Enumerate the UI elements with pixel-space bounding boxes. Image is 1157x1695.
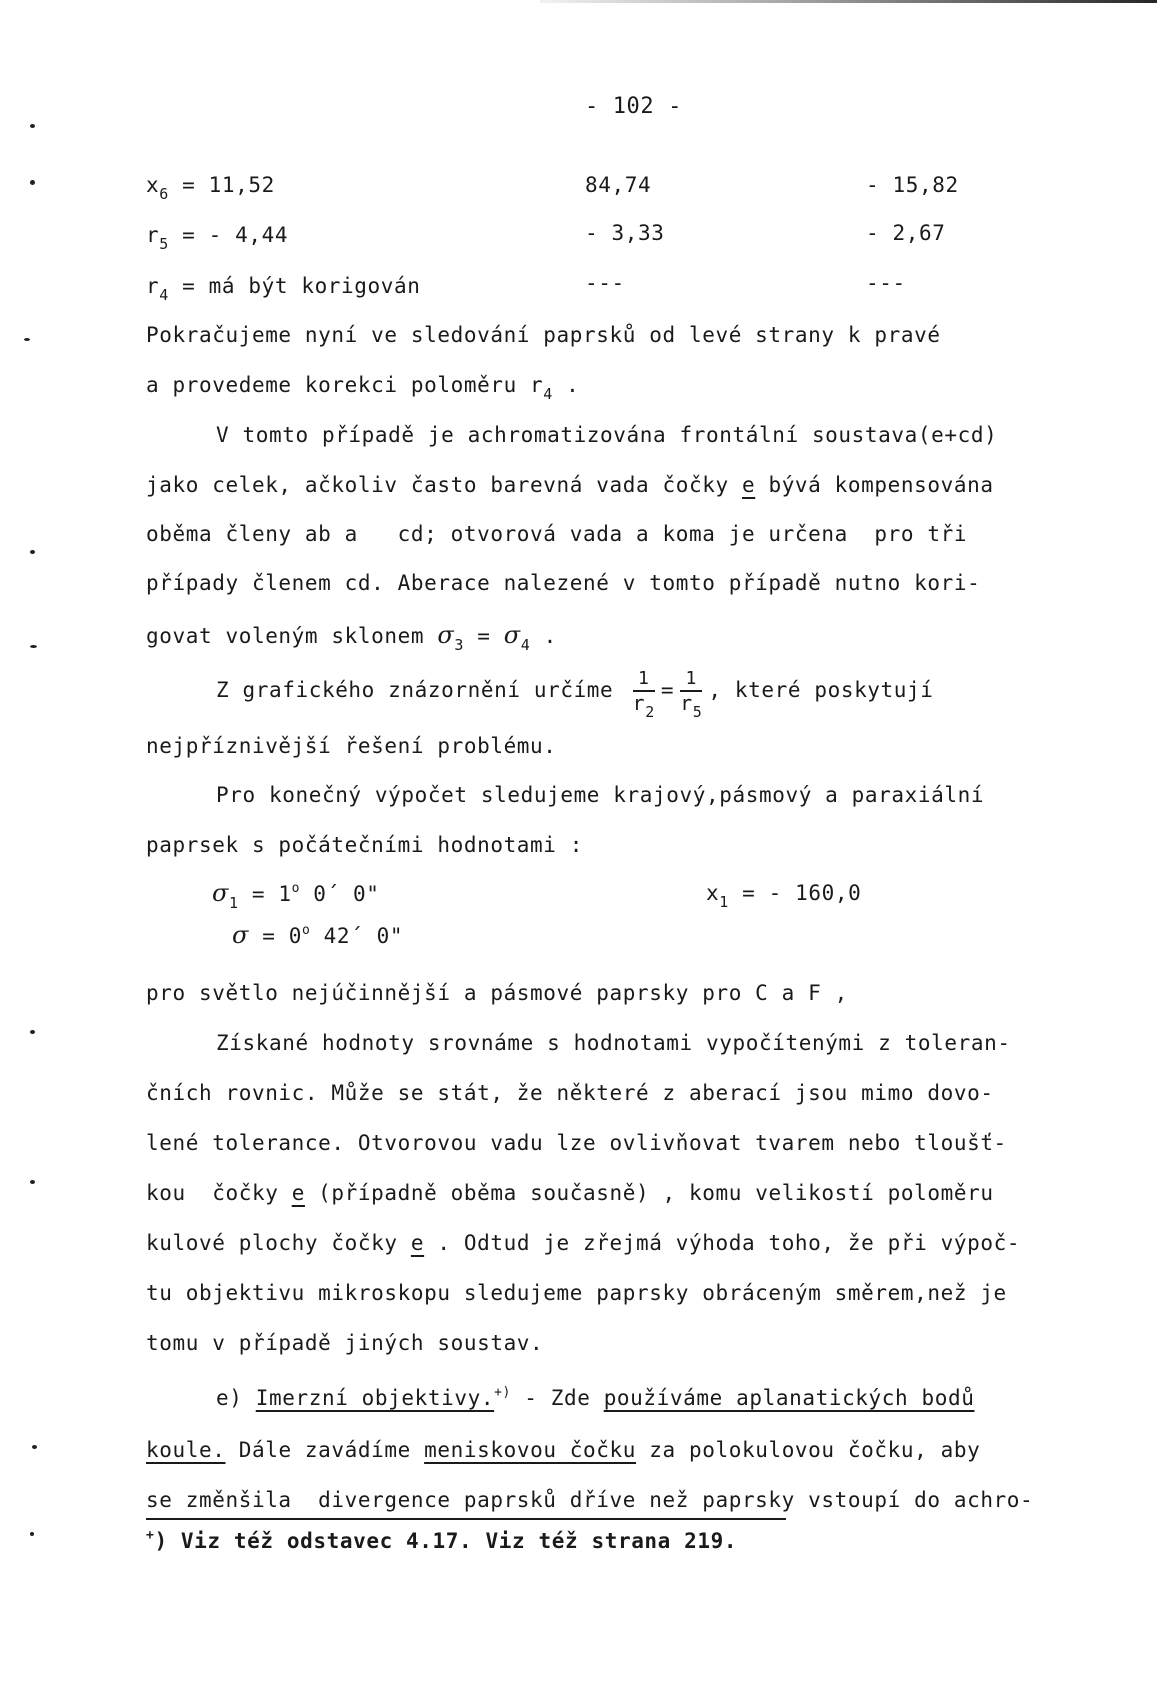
text-span: za polokulovou čočku, aby: [636, 1438, 980, 1462]
margin-speck: [30, 1532, 34, 1536]
text-line: se změnšila divergence paprsků dříve než…: [146, 1487, 1033, 1513]
margin-speck: [30, 1030, 35, 1034]
text-span: .: [530, 624, 557, 648]
text-span: r: [633, 691, 646, 715]
footnote-text: ) Viz též odstavec 4.17. Viz též strana …: [154, 1529, 737, 1553]
table-row: r4 = má být korigován: [146, 273, 421, 299]
fraction-denominator: r2: [633, 692, 655, 714]
underlined-symbol: e: [411, 1231, 424, 1255]
table-row: x6 = 11,52: [146, 172, 275, 198]
subscript: 4: [521, 636, 531, 654]
margin-speck: [30, 124, 35, 128]
fraction-numerator: 1: [633, 668, 655, 692]
text-span: kulové plochy čočky: [146, 1231, 411, 1255]
table-cell: ---: [866, 270, 906, 296]
underlined-phrase: koule.: [146, 1438, 225, 1462]
text-line: kulové plochy čočky e . Odtud je zřejmá …: [146, 1230, 1020, 1256]
fraction: 1r5: [680, 668, 702, 714]
underlined-symbol: e: [292, 1181, 305, 1205]
margin-speck: [30, 550, 35, 554]
text-span: = - 160,0: [729, 881, 861, 905]
text-line: kou čočky e (případně oběma současně) , …: [146, 1180, 994, 1206]
text-span: kou čočky: [146, 1181, 292, 1205]
sigma-symbol: σ: [232, 921, 249, 949]
margin-speck: [24, 338, 30, 341]
sigma-symbol: σ: [504, 621, 521, 649]
text-line: jako celek, ačkoliv často barevná vada č…: [146, 472, 994, 498]
text-span: , které poskytují: [708, 678, 933, 702]
footnote: +) Viz též odstavec 4.17. Viz též strana…: [146, 1528, 737, 1554]
text-line: govat voleným sklonem σ3 = σ4 .: [146, 622, 557, 649]
sigma-symbol: σ: [437, 621, 454, 649]
footnote-reference: +): [494, 1385, 511, 1400]
margin-speck: [32, 1445, 37, 1449]
text-span: bývá kompensována: [755, 473, 993, 497]
footnote-separator: [146, 1518, 786, 1520]
text-span: (případně oběma současně) , komu velikos…: [305, 1181, 994, 1205]
subscript: 2: [645, 703, 655, 721]
page-number: - 102 -: [585, 94, 682, 120]
text-line: nejpříznivější řešení problému.: [146, 733, 557, 759]
initial-value-x1: x1 = - 160,0: [706, 880, 861, 906]
text-line: Pro konečný výpočet sledujeme krajový,pá…: [216, 782, 984, 808]
fraction-denominator: r5: [680, 692, 702, 714]
margin-speck: [30, 645, 37, 648]
text-span: 42´ 0": [310, 924, 403, 948]
text-line: V tomto případě je achromatizována front…: [216, 422, 997, 448]
text-span: . Odtud je zřejmá výhoda toho, že při vý…: [424, 1231, 1020, 1255]
table-cell: ---: [585, 270, 625, 296]
text-line: lené tolerance. Otvorovou vadu lze ovliv…: [146, 1130, 1007, 1156]
text-span: e): [216, 1386, 256, 1410]
row-label: r: [146, 274, 159, 298]
text-span: - Zde: [511, 1386, 604, 1410]
row-value: = má být korigován: [169, 274, 421, 298]
text-line: Z grafického znázornění určíme 1r2=1r5, …: [216, 668, 934, 714]
text-line: oběma členy ab a cd; otvorová vada a kom…: [146, 521, 967, 547]
text-line: pro světlo nejúčinnější a pásmové paprsk…: [146, 980, 848, 1006]
text-span: = 0: [249, 924, 302, 948]
text-line: případy členem cd. Aberace nalezené v to…: [146, 570, 980, 596]
subscript: 5: [693, 703, 703, 721]
text-span: 0´ 0": [300, 882, 379, 906]
subscript: 1: [719, 893, 729, 911]
scan-edge-artifact: [540, 0, 1157, 3]
table-cell: 84,74: [585, 172, 651, 198]
text-span: Z grafického znázornění určíme: [216, 678, 627, 702]
text-span: .: [553, 373, 580, 397]
text-line: tomu v případě jiných soustav.: [146, 1330, 543, 1356]
text-line: Získané hodnoty srovnáme s hodnotami vyp…: [216, 1030, 1011, 1056]
underlined-symbol: e: [742, 473, 755, 497]
degree-symbol: o: [292, 881, 300, 896]
margin-speck: [30, 180, 35, 185]
row-value: = 11,52: [169, 173, 275, 197]
text-span: r: [680, 691, 693, 715]
row-label-subscript: 6: [159, 185, 169, 203]
table-cell: - 2,67: [866, 220, 945, 246]
text-span: govat voleným sklonem: [146, 624, 437, 648]
row-label: r: [146, 223, 159, 247]
text-span: = 1: [239, 882, 292, 906]
subscript: 1: [229, 894, 239, 912]
underlined-phrase: meniskovou čočku: [424, 1438, 636, 1462]
text-span: a provedeme korekci poloměru r: [146, 373, 543, 397]
section-title: Imerzní objektivy.: [256, 1386, 494, 1410]
table-cell: - 3,33: [585, 220, 664, 246]
text-line: koule. Dále zavádíme meniskovou čočku za…: [146, 1437, 980, 1463]
text-line: tu objektivu mikroskopu sledujeme paprsk…: [146, 1280, 1007, 1306]
text-span: Dále zavádíme: [225, 1438, 424, 1462]
fraction: 1r2: [633, 668, 655, 714]
underlined-phrase: používáme aplanatických bodů: [604, 1386, 975, 1410]
text-span: x: [706, 881, 719, 905]
table-cell: - 15,82: [866, 172, 959, 198]
text-line: paprsek s počátečními hodnotami :: [146, 832, 583, 858]
row-label-subscript: 5: [159, 235, 169, 253]
initial-value-sigma1: σ1 = 1o 0´ 0": [212, 880, 380, 907]
sigma-symbol: σ: [212, 879, 229, 907]
equals-sign: =: [661, 678, 674, 702]
text-line: a provedeme korekci poloměru r4 .: [146, 372, 579, 398]
text-line: Pokračujeme nyní ve sledování paprsků od…: [146, 322, 941, 348]
fraction-numerator: 1: [680, 668, 702, 692]
text-span: jako celek, ačkoliv často barevná vada č…: [146, 473, 742, 497]
margin-speck: [30, 1180, 35, 1184]
row-label: x: [146, 173, 159, 197]
subscript: 4: [543, 385, 553, 403]
section-heading-line: e) Imerzní objektivy.+) - Zde používáme …: [216, 1385, 975, 1411]
row-value: = - 4,44: [169, 223, 288, 247]
initial-value-sigma: σ = 0o 42´ 0": [232, 922, 403, 949]
text-line: čních rovnic. Může se stát, že některé z…: [146, 1080, 994, 1106]
subscript: 3: [454, 636, 464, 654]
row-label-subscript: 4: [159, 286, 169, 304]
table-row: r5 = - 4,44: [146, 222, 288, 248]
text-span: =: [464, 624, 504, 648]
